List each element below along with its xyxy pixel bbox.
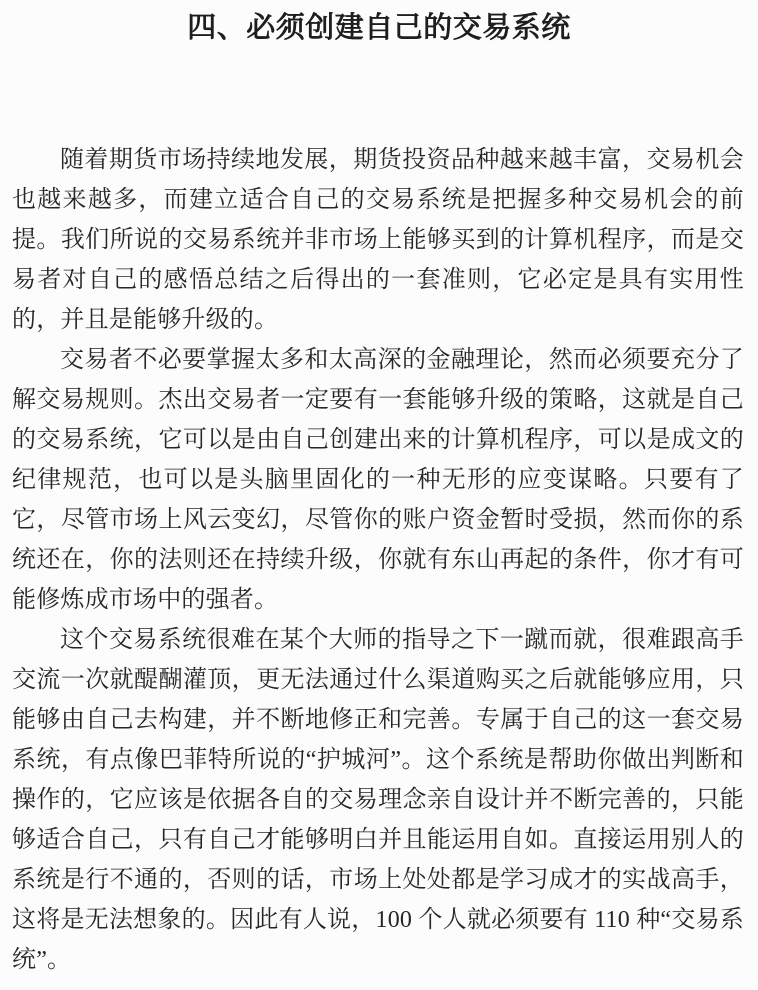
document-body: 随着期货市场持续地发展，期货投资品种越来越丰富，交易机会也越来越多，而建立适合自… <box>12 140 744 980</box>
paragraph-2: 交易者不必要掌握太多和太高深的金融理论，然而必须要充分了解交易规则。杰出交易者一… <box>12 340 744 620</box>
chapter-title: 四、必须创建自己的交易系统 <box>0 0 758 47</box>
document-page: 四、必须创建自己的交易系统 随着期货市场持续地发展，期货投资品种越来越丰富，交易… <box>0 0 758 990</box>
paragraph-1: 随着期货市场持续地发展，期货投资品种越来越丰富，交易机会也越来越多，而建立适合自… <box>12 140 744 340</box>
paragraph-3: 这个交易系统很难在某个大师的指导之下一蹴而就，很难跟高手交流一次就醍醐灌顶，更无… <box>12 620 744 980</box>
